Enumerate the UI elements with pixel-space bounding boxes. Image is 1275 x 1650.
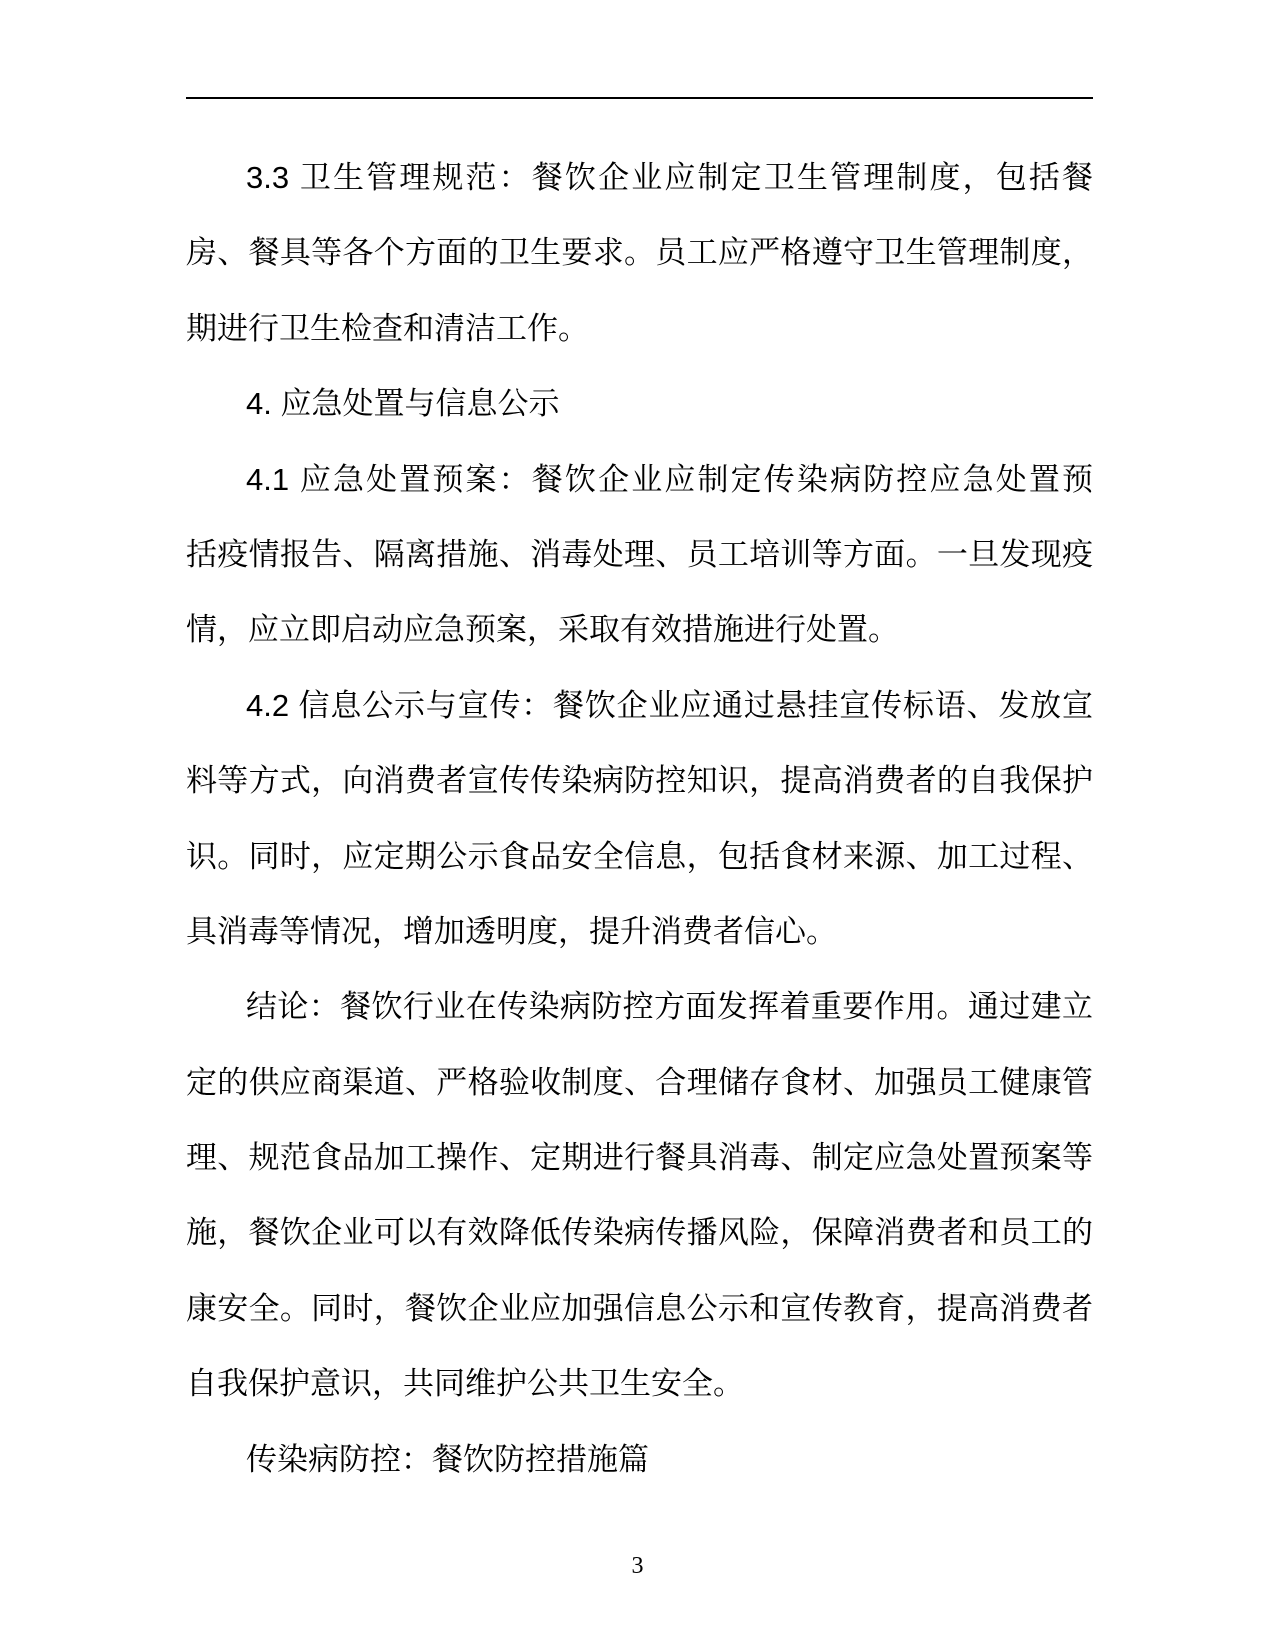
header-divider-rule xyxy=(186,97,1093,99)
para-4-1-emergency-plan: 4.1 应急处置预案：餐饮企业应制定传染病防控应急处置预案，包括疫情报告、隔离措… xyxy=(186,442,1093,668)
document-page: 3.3 卫生管理规范：餐饮企业应制定卫生管理制度，包括餐厅、厨房、餐具等各个方面… xyxy=(0,0,1275,1650)
text-line: 3.3 卫生管理规范：餐饮企业应制定卫生管理制度，包括餐厅、厨 xyxy=(186,140,1093,215)
text-line: 料等方式，向消费者宣传传染病防控知识，提高消费者的自我保护意 xyxy=(186,743,1093,818)
heading-4-emergency-and-disclosure: 4. 应急处置与信息公示 xyxy=(186,366,1093,441)
document-body: 3.3 卫生管理规范：餐饮企业应制定卫生管理制度，包括餐厅、厨房、餐具等各个方面… xyxy=(186,140,1093,1497)
page-number: 3 xyxy=(0,1552,1275,1580)
text-line: 施，餐饮企业可以有效降低传染病传播风险，保障消费者和员工的健 xyxy=(186,1195,1093,1270)
text-line: 房、餐具等各个方面的卫生要求。员工应严格遵守卫生管理制度，定 xyxy=(186,215,1093,290)
para-4-2-information-disclosure: 4.2 信息公示与宣传：餐饮企业应通过悬挂宣传标语、发放宣传资料等方式，向消费者… xyxy=(186,668,1093,970)
text-line: 情，应立即启动应急预案，采取有效措施进行处置。 xyxy=(186,592,1093,667)
text-line: 理、规范食品加工操作、定期进行餐具消毒、制定应急处置预案等措 xyxy=(186,1120,1093,1195)
para-3-3-hygiene-management: 3.3 卫生管理规范：餐饮企业应制定卫生管理制度，包括餐厅、厨房、餐具等各个方面… xyxy=(186,140,1093,366)
text-line: 传染病防控：餐饮防控措施篇 xyxy=(186,1422,1093,1497)
text-line: 定的供应商渠道、严格验收制度、合理储存食材、加强员工健康管 xyxy=(186,1045,1093,1120)
text-line: 自我保护意识，共同维护公共卫生安全。 xyxy=(186,1346,1093,1421)
text-line: 4.2 信息公示与宣传：餐饮企业应通过悬挂宣传标语、发放宣传资 xyxy=(186,668,1093,743)
text-line: 具消毒等情况，增加透明度，提升消费者信心。 xyxy=(186,894,1093,969)
para-next-section-title: 传染病防控：餐饮防控措施篇 xyxy=(186,1422,1093,1497)
text-line: 结论：餐饮行业在传染病防控方面发挥着重要作用。通过建立稳 xyxy=(186,969,1093,1044)
text-line: 括疫情报告、隔离措施、消毒处理、员工培训等方面。一旦发现疫 xyxy=(186,517,1093,592)
text-line: 4.1 应急处置预案：餐饮企业应制定传染病防控应急处置预案，包 xyxy=(186,442,1093,517)
text-line: 4. 应急处置与信息公示 xyxy=(186,366,1093,441)
text-line: 识。同时，应定期公示食品安全信息，包括食材来源、加工过程、餐 xyxy=(186,819,1093,894)
text-line: 康安全。同时，餐饮企业应加强信息公示和宣传教育，提高消费者的 xyxy=(186,1271,1093,1346)
para-conclusion: 结论：餐饮行业在传染病防控方面发挥着重要作用。通过建立稳定的供应商渠道、严格验收… xyxy=(186,969,1093,1421)
text-line: 期进行卫生检查和清洁工作。 xyxy=(186,291,1093,366)
